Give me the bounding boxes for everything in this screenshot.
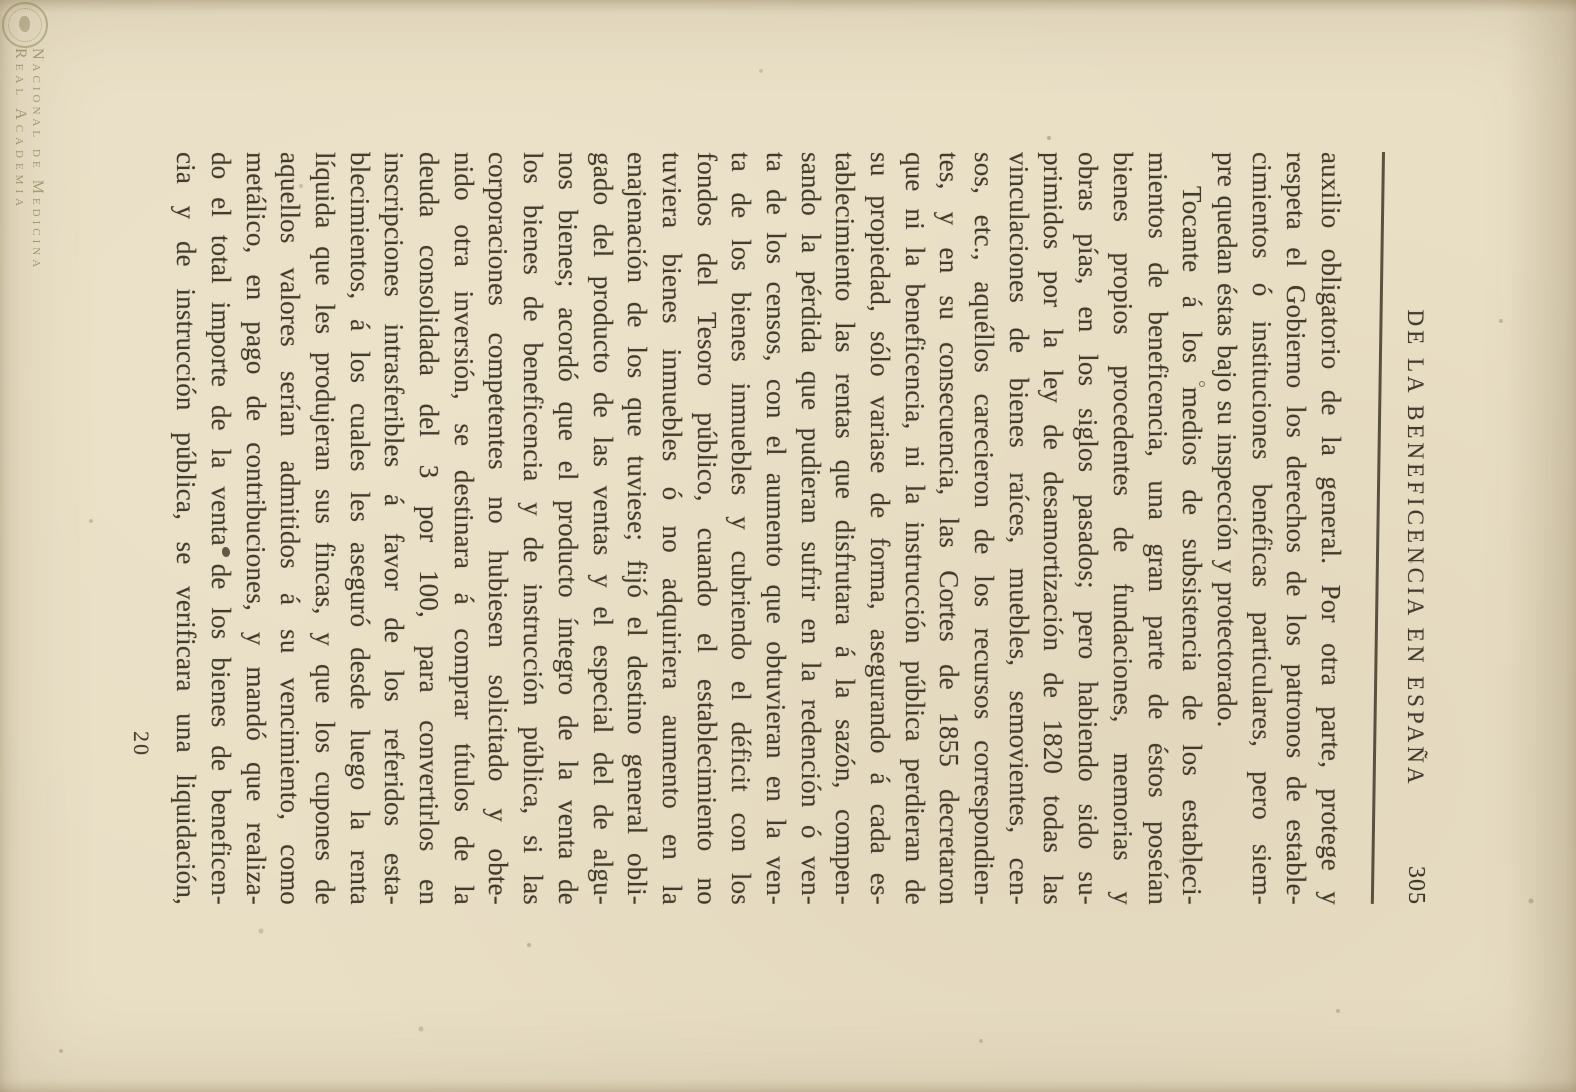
signature-mark: 20 [128,731,154,757]
text-line: Tocante á los medios de subsistencia de … [1175,152,1210,905]
text-line: deuda consolidada del 3 por 100, para co… [411,152,446,905]
text-line: nido otra inversión, se destinara á comp… [446,152,481,905]
page-content-rotated: DE LA BENEFICENCIA EN ESPAÑA 305 auxilio… [0,0,1576,1092]
text-line: bienes propios procedentes de fundacione… [1105,152,1140,905]
text-line: enajenación de los que tuviese; fijó el … [620,152,655,905]
text-line: cimientos ó instituciones benéficas part… [1244,152,1279,905]
text-line: fondos del Tesoro público, cuando el est… [689,152,724,905]
text-line: inscripciones intrasferibles á favor de … [377,152,412,905]
text-line: los bienes de beneficencia y de instrucc… [516,152,551,905]
text-line: auxilio obligatorio de la general. Por o… [1313,152,1348,905]
text-line: vinculaciones de bienes raíces, muebles,… [1001,152,1036,905]
text-line: pre quedan éstas bajo su inspección y pr… [1209,152,1244,905]
text-line: que ni la beneficencia, ni la instrucció… [897,152,932,905]
text-line: su propiedad, sólo variase de forma, ase… [862,152,897,905]
text-line: corporaciones competentes no hubiesen so… [481,152,516,905]
page-number: 305 [1402,866,1429,905]
text-line: blecimientos, á los cuales les aseguró d… [342,152,377,905]
scanned-book-page: DE LA BENEFICENCIA EN ESPAÑA 305 auxilio… [0,0,1576,1092]
text-line: sos, etc., aquéllos carecieron de los re… [966,152,1001,905]
text-line: metálico, en pago de contribuciones, y m… [238,152,273,905]
text-line: sando la pérdida que pudieran sufrir en … [793,152,828,905]
text-line: aquellos valores serían admitidos á su v… [273,152,308,905]
text-line: gado del producto de las ventas y el esp… [585,152,620,905]
header-rule [1371,152,1385,904]
text-line: nos bienes; acordó que el producto ínteg… [550,152,585,905]
print-speck [1199,381,1205,387]
library-seal-icon [2,2,48,48]
text-line: cia y de instrucción pública, se verific… [169,152,204,905]
ink-blot [222,547,230,557]
text-line: líquida que les produjeran sus fincas, y… [307,152,342,905]
text-line: tuviera bienes inmuebles ó no adquiriera… [654,152,689,905]
text-line: tablecimiento las rentas que disfrutara … [828,152,863,905]
text-line: respeta el Gobierno los derechos de los … [1279,152,1314,905]
body-text: auxilio obligatorio de la general. Por o… [169,152,1348,905]
text-line: ta de los censos, con el aumento que obt… [758,152,793,905]
text-line: tes, y en su consecuencia, las Cortes de… [932,152,967,905]
page-header: DE LA BENEFICENCIA EN ESPAÑA 305 [1402,152,1428,905]
text-line: mientos de beneficencia, una gran parte … [1140,152,1175,905]
text-line: primidos por la ley de desamortización d… [1036,152,1071,905]
text-line: obras pías, en los siglos pasados; pero … [1071,152,1106,905]
text-line: ta de los bienes inmuebles y cubriendo e… [724,152,759,905]
running-title: DE LA BENEFICENCIA EN ESPAÑA [1402,172,1428,925]
text-line: do el total importe de la venta de los b… [203,152,238,905]
